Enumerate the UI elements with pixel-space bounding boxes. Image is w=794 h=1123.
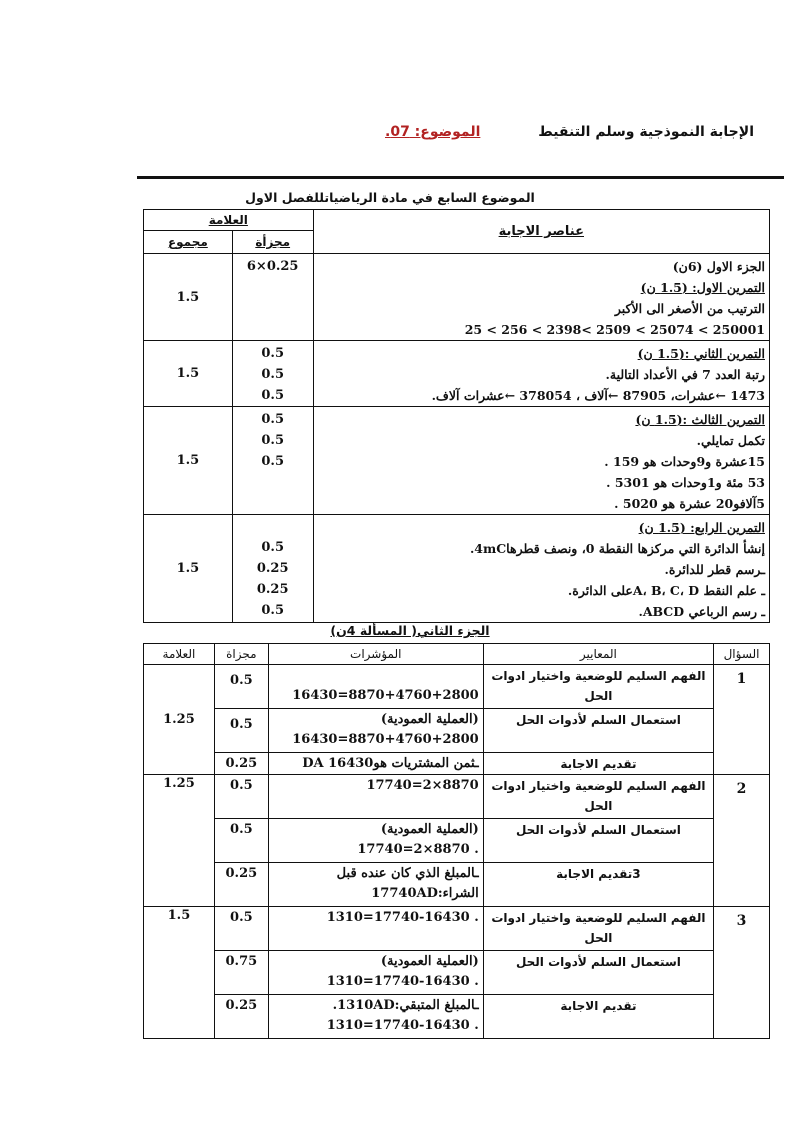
- partial-mark: 0.25: [233, 558, 313, 579]
- question-total: 1.25: [144, 775, 215, 907]
- header-question: السؤال: [714, 644, 770, 665]
- answer-line: الجزء الاول (6ن): [318, 256, 765, 277]
- partial-mark: 0.5: [233, 451, 313, 472]
- partial-mark: 0.5: [214, 819, 268, 863]
- indicator-line: 8870+4760+2800=16430: [273, 730, 479, 750]
- partial-marks: 0.5 0.5 0.5: [232, 341, 313, 407]
- question-row: 3تقديم الاجابة ـالمبلغ الذي كان عنده قبل…: [144, 863, 770, 907]
- question-row: تقديم الاجابة ـالمبلغ المتبقي:1310AD. . …: [144, 995, 770, 1039]
- indicator-line: [273, 666, 479, 686]
- partial-mark: 6×0.25: [247, 259, 299, 274]
- partial-mark: 0.75: [214, 951, 268, 995]
- exercise-row: التمرين الرابع: (1.5 ن) إنشأ الدائرة الت…: [144, 515, 770, 623]
- answer-line: رتبة العدد 7 في الأعداد التالية.: [318, 364, 765, 385]
- criterion: الفهم السليم للوضعية واختيار ادوات الحل: [483, 907, 713, 951]
- header-divider: [137, 176, 784, 179]
- partial-mark: 0.25: [214, 863, 268, 907]
- partial-mark: 0.5: [233, 600, 313, 621]
- total-mark: 1.5: [144, 341, 233, 407]
- exercise-heading: التمرين الاول: (1.5 ن): [318, 277, 765, 298]
- criterion: تقديم الاجابة: [483, 753, 713, 775]
- indicator-line: . 17740-16430=1310: [273, 972, 479, 992]
- criterion: الفهم السليم للوضعية واختيار ادوات الحل: [483, 665, 713, 709]
- criterion: استعمال السلم لأدوات الحل: [483, 819, 713, 863]
- exercise-heading: التمرين الثاني :(1.5 ن): [318, 343, 765, 364]
- question-row: تقديم الاجابة ـثمن المشتريات هوDA 16430 …: [144, 753, 770, 775]
- indicator-line: ـالمبلغ المتبقي:1310AD.: [273, 996, 479, 1016]
- header-total: مجموع: [144, 231, 233, 254]
- total-mark: 1.5: [144, 407, 233, 515]
- indicator: (العملية العمودية) 8870+4760+2800=16430: [268, 709, 483, 753]
- indicator-line: . 17740-16430=1310: [273, 908, 479, 928]
- partial-mark: 0.5: [233, 364, 313, 385]
- partial-mark: 0.25: [233, 579, 313, 600]
- exercise-heading: التمرين الثالث :(1.5 ن): [318, 409, 765, 430]
- indicator: . 17740-16430=1310: [268, 907, 483, 951]
- part2-table: السؤال المعايير المؤشرات مجزاة العلامة 1…: [143, 643, 770, 1039]
- criterion: استعمال السلم لأدوات الحل: [483, 709, 713, 753]
- indicator-line: . 8870×2=17740: [273, 840, 479, 860]
- indicator: 8870+4760+2800=16430: [268, 665, 483, 709]
- part2-caption: الجزء الثاني( المسألة 4ن): [300, 623, 520, 638]
- question-row: 2 الفهم السليم للوضعية واختيار ادوات الح…: [144, 775, 770, 819]
- header-answer-elements: عناصر الاجابة: [313, 210, 769, 254]
- criterion: تقديم الاجابة: [483, 995, 713, 1039]
- question-row: استعمال السلم لأدوات الحل (العملية العمو…: [144, 709, 770, 753]
- answer-cell: التمرين الثاني :(1.5 ن) رتبة العدد 7 في …: [313, 341, 769, 407]
- answer-line: ـرسم قطر للدائرة.: [318, 559, 765, 580]
- partial-marks: 0.5 0.5 0.5: [232, 407, 313, 515]
- indicator-line: (العملية العمودية): [273, 952, 479, 972]
- partial-marks: 0.5 0.25 0.25 0.5: [232, 515, 313, 623]
- answer-line: إنشأ الدائرة التي مركزها النقطة 0، ونصف …: [318, 538, 765, 559]
- answer-line: 15عشرة و9وحدات هو 159 .: [318, 451, 765, 472]
- indicator-line: ـثمن المشتريات هوDA 16430: [273, 754, 479, 774]
- question-total: 1.25: [144, 665, 215, 775]
- question-row: 3 الفهم السليم للوضعية واختيار ادوات الح…: [144, 907, 770, 951]
- indicator-line: (العملية العمودية): [273, 710, 479, 730]
- criterion: الفهم السليم للوضعية واختيار ادوات الحل: [483, 775, 713, 819]
- answer-line: 1473 ←عشرات، 87905 ←آلاف ، 378054 ←عشرات…: [318, 385, 765, 406]
- exercise-row: التمرين الثالث :(1.5 ن) تكمل تمايلي. 15ع…: [144, 407, 770, 515]
- indicator: (العملية العمودية) . 17740-16430=1310: [268, 951, 483, 995]
- document-title: الإجابة النموذجية وسلم التنقيط: [538, 124, 754, 140]
- question-number: 2: [714, 775, 770, 907]
- header-partial: مجزأة: [232, 231, 313, 254]
- answer-line: 53 مئة و1وحدات هو 5301 .: [318, 472, 765, 493]
- answer-cell: التمرين الرابع: (1.5 ن) إنشأ الدائرة الت…: [313, 515, 769, 623]
- answer-cell: الجزء الاول (6ن) التمرين الاول: (1.5 ن) …: [313, 254, 769, 341]
- indicator-line: 8870×2=17740: [273, 776, 479, 796]
- answer-line: 25 < 256 < 2398< 2509 < 25074 < 250001: [318, 319, 765, 340]
- exercise-row: التمرين الثاني :(1.5 ن) رتبة العدد 7 في …: [144, 341, 770, 407]
- partial-mark: 0.5: [214, 907, 268, 951]
- part1-caption: الموضوع السابع في مادة الرياضياتللفصل ال…: [240, 190, 540, 205]
- indicator-line: (العملية العمودية): [273, 820, 479, 840]
- answer-line: ـ رسم الرباعي ABCD.: [318, 601, 765, 622]
- answer-line: الترتيب من الأصغر الى الأكبر: [318, 298, 765, 319]
- total-mark: 1.5: [144, 515, 233, 623]
- question-row: استعمال السلم لأدوات الحل (العملية العمو…: [144, 951, 770, 995]
- total-mark: 1.5: [144, 254, 233, 341]
- partial-mark: 0.5: [233, 385, 313, 406]
- header-indicators: المؤشرات: [268, 644, 483, 665]
- header-mark: العلامة: [144, 644, 215, 665]
- question-row: استعمال السلم لأدوات الحل (العملية العمو…: [144, 819, 770, 863]
- question-total: 1.5: [144, 907, 215, 1039]
- partial-marks: 6×0.25: [232, 254, 313, 341]
- question-number: 3: [714, 907, 770, 1039]
- partial-mark: 0.5: [233, 409, 313, 430]
- indicator: ـثمن المشتريات هوDA 16430: [268, 753, 483, 775]
- answer-line: تكمل تمايلي.: [318, 430, 765, 451]
- partial-mark: 0.5: [214, 775, 268, 819]
- header-mark: العلامة: [144, 210, 314, 231]
- indicator: (العملية العمودية) . 8870×2=17740: [268, 819, 483, 863]
- partial-mark: 0.5: [214, 709, 268, 753]
- answer-line: ـ علم النقط A، B، C، Dعلى الدائرة.: [318, 580, 765, 601]
- answer-cell: التمرين الثالث :(1.5 ن) تكمل تمايلي. 15ع…: [313, 407, 769, 515]
- question-number: 1: [714, 665, 770, 775]
- question-row: 1 الفهم السليم للوضعية واختيار ادوات الح…: [144, 665, 770, 709]
- header-criteria: المعايير: [483, 644, 713, 665]
- criterion: 3تقديم الاجابة: [483, 863, 713, 907]
- indicator: ـالمبلغ الذي كان عنده قبل الشراء:17740AD: [268, 863, 483, 907]
- partial-mark: 0.25: [214, 753, 268, 775]
- indicator: 8870×2=17740: [268, 775, 483, 819]
- partial-mark: 0.5: [233, 537, 313, 558]
- answer-line: 5آلافو20 عشرة هو 5020 .: [318, 493, 765, 514]
- indicator-line: . 17740-16430=1310: [273, 1016, 479, 1036]
- partial-mark: 0.25: [214, 995, 268, 1039]
- partial-mark: 0.5: [233, 343, 313, 364]
- indicator: ـالمبلغ المتبقي:1310AD. . 17740-16430=13…: [268, 995, 483, 1039]
- subject-number: الموضوع: 07.: [385, 124, 480, 140]
- header-partial: مجزاة: [214, 644, 268, 665]
- criterion: استعمال السلم لأدوات الحل: [483, 951, 713, 995]
- partial-mark: 0.5: [233, 430, 313, 451]
- exercise-row: الجزء الاول (6ن) التمرين الاول: (1.5 ن) …: [144, 254, 770, 341]
- partial-mark: 0.5: [214, 665, 268, 709]
- exercise-heading: التمرين الرابع: (1.5 ن): [318, 517, 765, 538]
- indicator-line: الشراء:17740AD: [273, 884, 479, 904]
- indicator-line: ـالمبلغ الذي كان عنده قبل: [273, 864, 479, 884]
- part1-table: عناصر الاجابة العلامة مجزأة مجموع الجزء …: [143, 209, 770, 623]
- indicator-line: 8870+4760+2800=16430: [273, 686, 479, 706]
